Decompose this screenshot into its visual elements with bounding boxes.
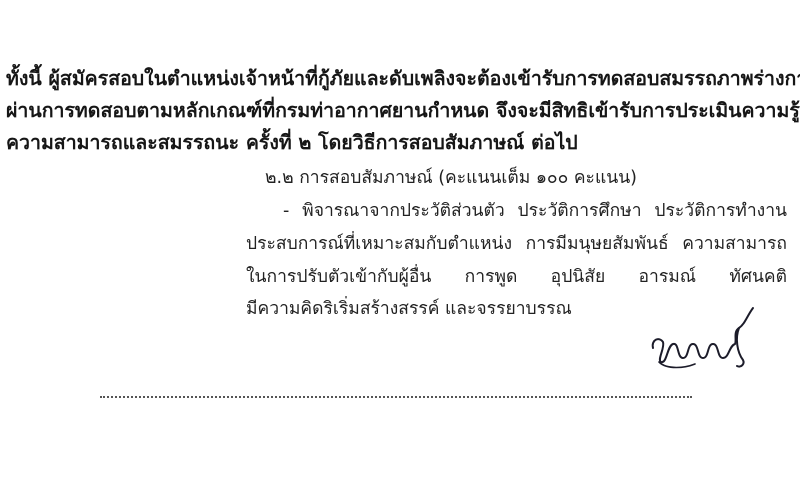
criteria-continuation-line-1: ประสบการณ์ที่เหมาะสมกับตำแหน่ง การมีมนุษ…: [246, 236, 787, 254]
criteria-continuation-line-2: ในการปรับตัวเข้ากับผู้อื่น การพูด อุปนิส…: [246, 269, 787, 287]
bullet-criteria-line: - พิจารณาจากประวัติส่วนตัว ประวัติการศึก…: [283, 203, 787, 221]
document-page: ทั้งนี้ ผู้สมัครสอบในตำแหน่งเจ้าหน้าที่ก…: [0, 0, 800, 492]
dotted-separator: [100, 396, 692, 398]
signature-icon: [645, 302, 775, 374]
paragraph-line-2: ผ่านการทดสอบตามหลักเกณฑ์ที่กรมท่าอากาศยา…: [6, 101, 792, 121]
criteria-continuation-line-3: มีความคิดริเริ่มสร้างสรรค์ และจรรยาบรรณ: [246, 301, 572, 319]
section-heading-interview: ๒.๒ การสอบสัมภาษณ์ (คะแนนเต็ม ๑๐๐ คะแนน): [265, 170, 637, 188]
paragraph-line-1: ทั้งนี้ ผู้สมัครสอบในตำแหน่งเจ้าหน้าที่ก…: [6, 69, 792, 89]
paragraph-line-3: ความสามารถและสมรรถนะ ครั้งที่ ๒ โดยวิธีก…: [6, 133, 792, 153]
